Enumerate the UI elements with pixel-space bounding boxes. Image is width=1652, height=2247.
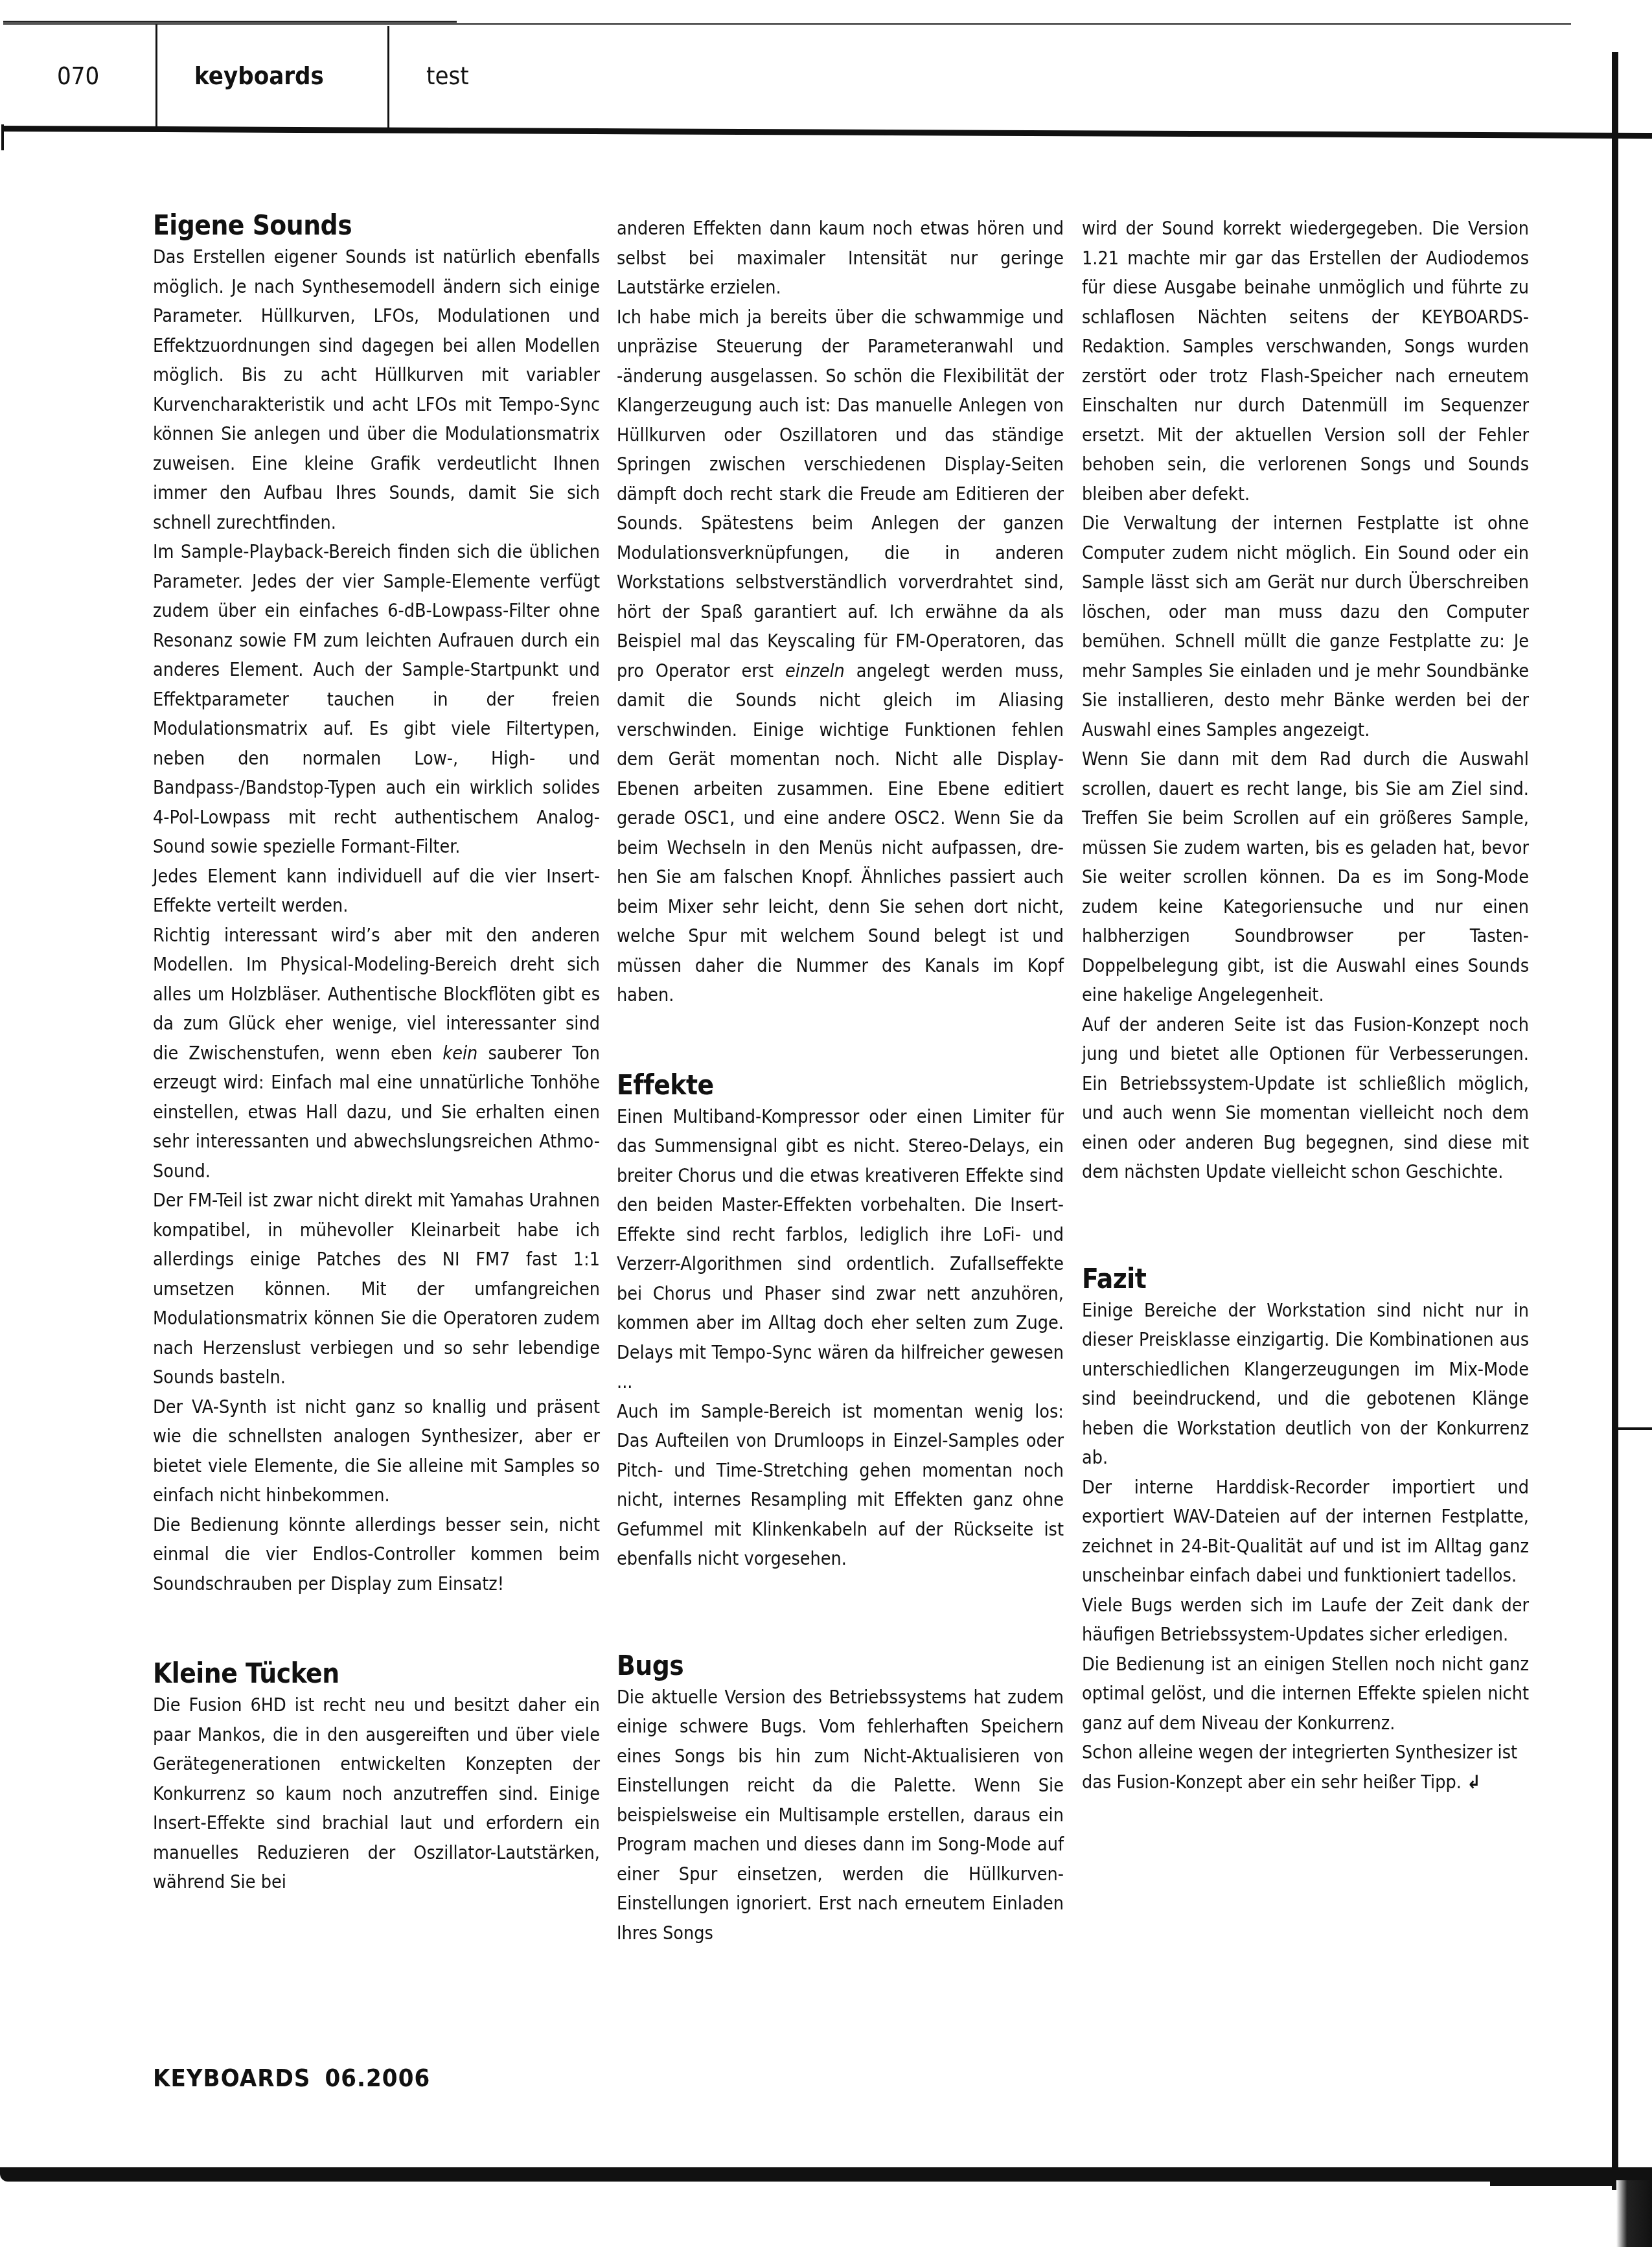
paragraph: Schon alleine wegen der integrierten Syn… xyxy=(1082,1738,1529,1797)
paragraph: Das Erstellen eigener Sounds ist natürli… xyxy=(153,242,600,537)
top-rule-thin xyxy=(3,21,457,23)
paragraph: Die Bedienung ist an einigen Stellen noc… xyxy=(1082,1650,1529,1738)
paragraph: Wenn Sie dann mit dem Rad durch die Ausw… xyxy=(1082,744,1529,1010)
page-footer: KEYBOARDS06.2006 xyxy=(153,2064,430,2092)
end-of-article-icon: ↲ xyxy=(1467,1771,1481,1793)
paragraph: Auch im Sample-Bereich ist momentan weni… xyxy=(617,1397,1064,1574)
paragraph: Auf der anderen Seite ist das Fusion-Kon… xyxy=(1082,1010,1529,1187)
paragraph: Jedes Element kann individuell auf die v… xyxy=(153,862,600,921)
article-column-1: Eigene Sounds Das Erstellen eigener Soun… xyxy=(153,209,600,1897)
paragraph: Viele Bugs werden sich im Laufe der Zeit… xyxy=(1082,1591,1529,1650)
section-heading-effekte: Effekte xyxy=(617,1068,1064,1102)
article-column-2: anderen Effekten dann kaum noch etwas hö… xyxy=(617,214,1064,1948)
section-heading-eigene-sounds: Eigene Sounds xyxy=(153,209,600,242)
right-page-tick xyxy=(1616,1427,1652,1430)
paragraph: wird der Sound korrekt wiedergegeben. Di… xyxy=(1082,214,1529,509)
paragraph: anderen Effekten dann kaum noch etwas hö… xyxy=(617,214,1064,303)
emphasis: einzeln xyxy=(785,660,845,682)
magazine-name: KEYBOARDS xyxy=(153,2064,311,2092)
article-column-3: wird der Sound korrekt wiedergegeben. Di… xyxy=(1082,214,1529,1797)
paragraph: Die Bedienung könnte allerdings besser s… xyxy=(153,1510,600,1599)
paragraph: Einen Multiband-Kompressor oder einen Li… xyxy=(617,1102,1064,1397)
running-header: 070 keyboards test xyxy=(0,25,1652,128)
paragraph: Der VA-Synth ist nicht ganz so knallig u… xyxy=(153,1392,600,1510)
section-label: keyboards xyxy=(194,25,324,127)
page-bottom-edge xyxy=(0,2167,1652,2182)
issue-date: 06.2006 xyxy=(325,2064,431,2092)
paragraph: Im Sample-Playback-Bereich finden sich d… xyxy=(153,537,600,862)
right-page-rule xyxy=(1612,52,1618,2190)
paragraph: Der interne Harddisk-Recorder importiert… xyxy=(1082,1473,1529,1591)
left-margin-mark xyxy=(1,124,4,150)
paragraph: Die aktuelle Version des Betriebssystems… xyxy=(617,1683,1064,1948)
page-number: 070 xyxy=(57,25,99,127)
scan-corner-shadow xyxy=(1616,2180,1652,2247)
section-heading-fazit: Fazit xyxy=(1082,1262,1529,1296)
paragraph: Die Verwaltung der internen Festplatte i… xyxy=(1082,509,1529,744)
paragraph: Ich habe mich ja bereits über die schwam… xyxy=(617,303,1064,1010)
section-heading-bugs: Bugs xyxy=(617,1649,1064,1683)
section-heading-kleine-tuecken: Kleine Tücken xyxy=(153,1657,600,1690)
paragraph: Richtig interessant wird’s aber mit den … xyxy=(153,921,600,1186)
emphasis: kein xyxy=(442,1043,477,1064)
paragraph: Der FM-Teil ist zwar nicht direkt mit Ya… xyxy=(153,1186,600,1392)
subsection-label: test xyxy=(426,25,469,127)
paragraph: Einige Bereiche der Workstation sind nic… xyxy=(1082,1296,1529,1473)
paragraph: Die Fusion 6HD ist recht neu und besitzt… xyxy=(153,1690,600,1897)
